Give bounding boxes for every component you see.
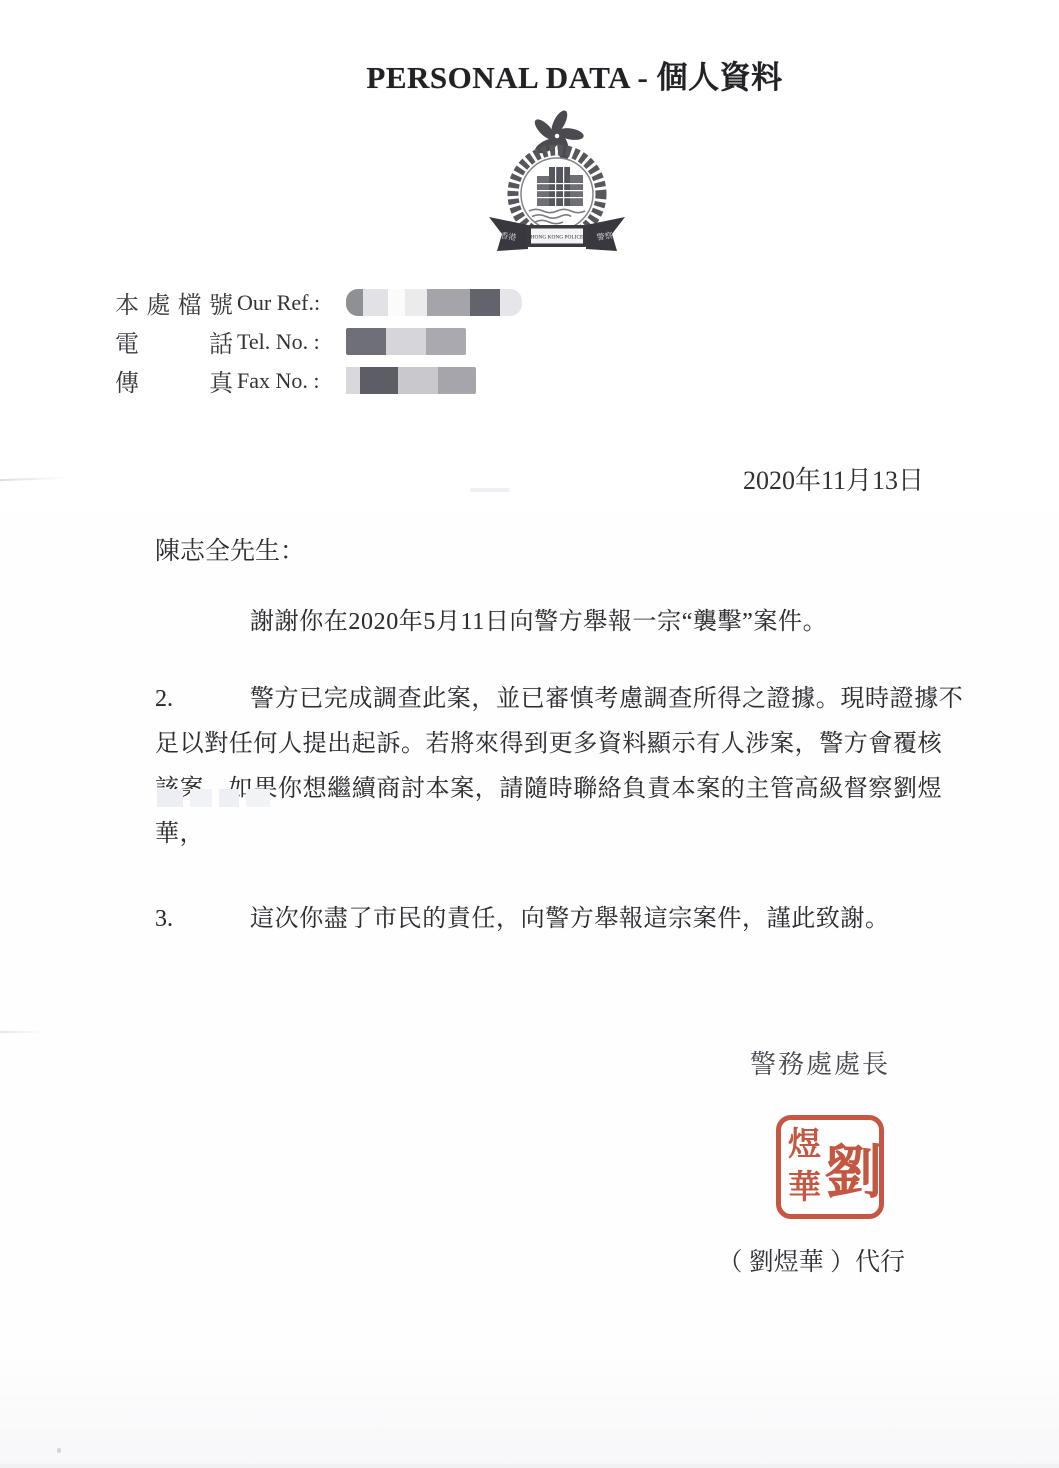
seal-char-top-left: 煜: [788, 1129, 821, 1162]
scan-edge-shadow: [0, 1464, 1059, 1468]
seal-char-bottom-left: 華: [788, 1172, 821, 1205]
signatory-name-line: （ 劉煜華 ）代行: [0, 1242, 1059, 1278]
paragraph-3: 3.這次你盡了市民的責任，向警方舉報這宗案件，謹此致謝。: [155, 897, 965, 942]
tel-row: 電話 Tel. No. :: [115, 322, 1059, 361]
scan-smudge: [470, 488, 510, 492]
redacted-our-ref-value: [346, 289, 522, 316]
police-emblem: HONG KONG POLICE 香港 警察: [0, 110, 1059, 260]
police-emblem-graphic: HONG KONG POLICE 香港 警察: [471, 110, 643, 260]
tel-label-zh: 電話: [115, 324, 233, 359]
fax-label-zh: 傳真: [115, 363, 233, 398]
salutation: 陳志全先生：: [155, 531, 1059, 567]
scanned-letter-page: PERSONAL DATA - 個人資料: [0, 0, 1059, 1468]
redacted-fax-value: [346, 367, 476, 394]
name-seal-stamp: 劉 煜 華: [776, 1115, 884, 1219]
paragraph-1: 謝謝你在2020年5月11日向警方舉報一宗“襲擊”案件。: [155, 600, 965, 645]
tel-label-en: Tel. No. :: [237, 329, 334, 355]
our-ref-label-en: Our Ref.:: [237, 290, 334, 316]
redacted-tel-value: [346, 328, 466, 355]
paragraph-2: 2.警方已完成調查此案，並已審慎考慮調查所得之證據。現時證據不 足以對任何人提出…: [155, 677, 965, 857]
letter-date: 2020年11月13日: [0, 460, 1059, 497]
our-ref-row: 本處檔號 Our Ref.:: [115, 283, 1059, 322]
paragraph-2-number: 2.: [155, 677, 173, 722]
seal-char-right: 劉: [828, 1120, 879, 1214]
reference-block: 本處檔號 Our Ref.: 電話 Tel. No. : 傳真 Fax No. …: [115, 283, 1059, 400]
banner-text: HONG KONG POLICE: [530, 235, 583, 241]
scan-crease: [0, 1031, 44, 1033]
classification-header: PERSONAL DATA - 個人資料: [0, 52, 1059, 97]
scan-speck: [57, 1448, 61, 1453]
paragraph-3-number: 3.: [155, 897, 173, 942]
fax-row: 傳真 Fax No. :: [115, 361, 1059, 400]
fax-label-en: Fax No. :: [237, 368, 334, 394]
redacted-contact-detail: [157, 789, 270, 807]
our-ref-label-zh: 本處檔號: [115, 285, 233, 320]
signatory-title: 警務處處長: [0, 1044, 1059, 1081]
